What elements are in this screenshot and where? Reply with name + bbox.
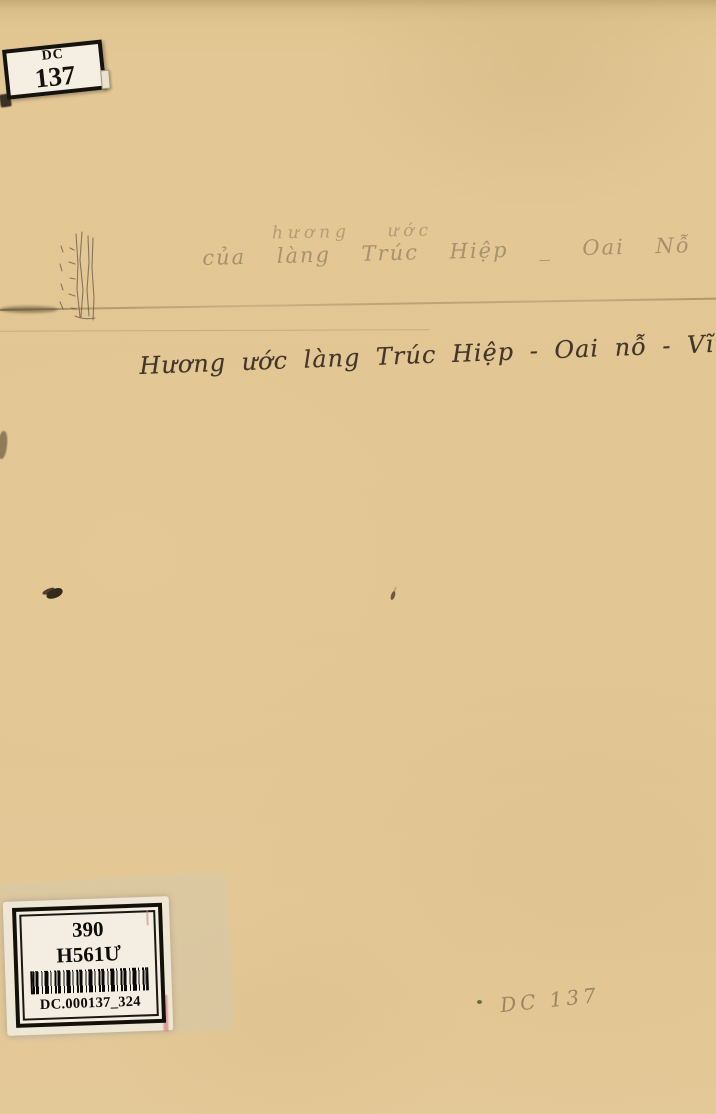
cutter-code: H561Ư xyxy=(56,942,121,967)
barcode-sticker-inner-frame: 390 H561Ư DC.000137_324 xyxy=(19,910,159,1021)
barcode-number: DC.000137_324 xyxy=(40,993,142,1014)
call-number-sticker-top: DC 137 xyxy=(2,40,107,100)
pink-pen-mark xyxy=(146,910,149,925)
pencil-shelfmark-note: DC 137 xyxy=(499,983,601,1017)
small-stain-speck xyxy=(390,591,397,601)
green-dot-speck xyxy=(477,1000,482,1004)
left-edge-smudge xyxy=(0,431,8,460)
ink-stain-speck xyxy=(45,587,64,601)
sticker-edge-tab xyxy=(100,70,111,90)
fold-crease-line-secondary xyxy=(0,329,430,332)
handwritten-title: Hương ước làng Trúc Hiệp - Oai nỗ - Vĩnh… xyxy=(139,326,716,380)
call-number-value: 137 xyxy=(34,62,77,93)
classification-number: 390 xyxy=(72,918,104,942)
barcode-icon xyxy=(30,967,149,994)
scanned-document-cover: DC 137 hương ước của làng Trúc Hiệp _ Oa… xyxy=(0,0,716,1114)
barcode-sticker: 390 H561Ư DC.000137_324 xyxy=(12,903,166,1028)
sticker-corner-smudge xyxy=(0,93,12,107)
